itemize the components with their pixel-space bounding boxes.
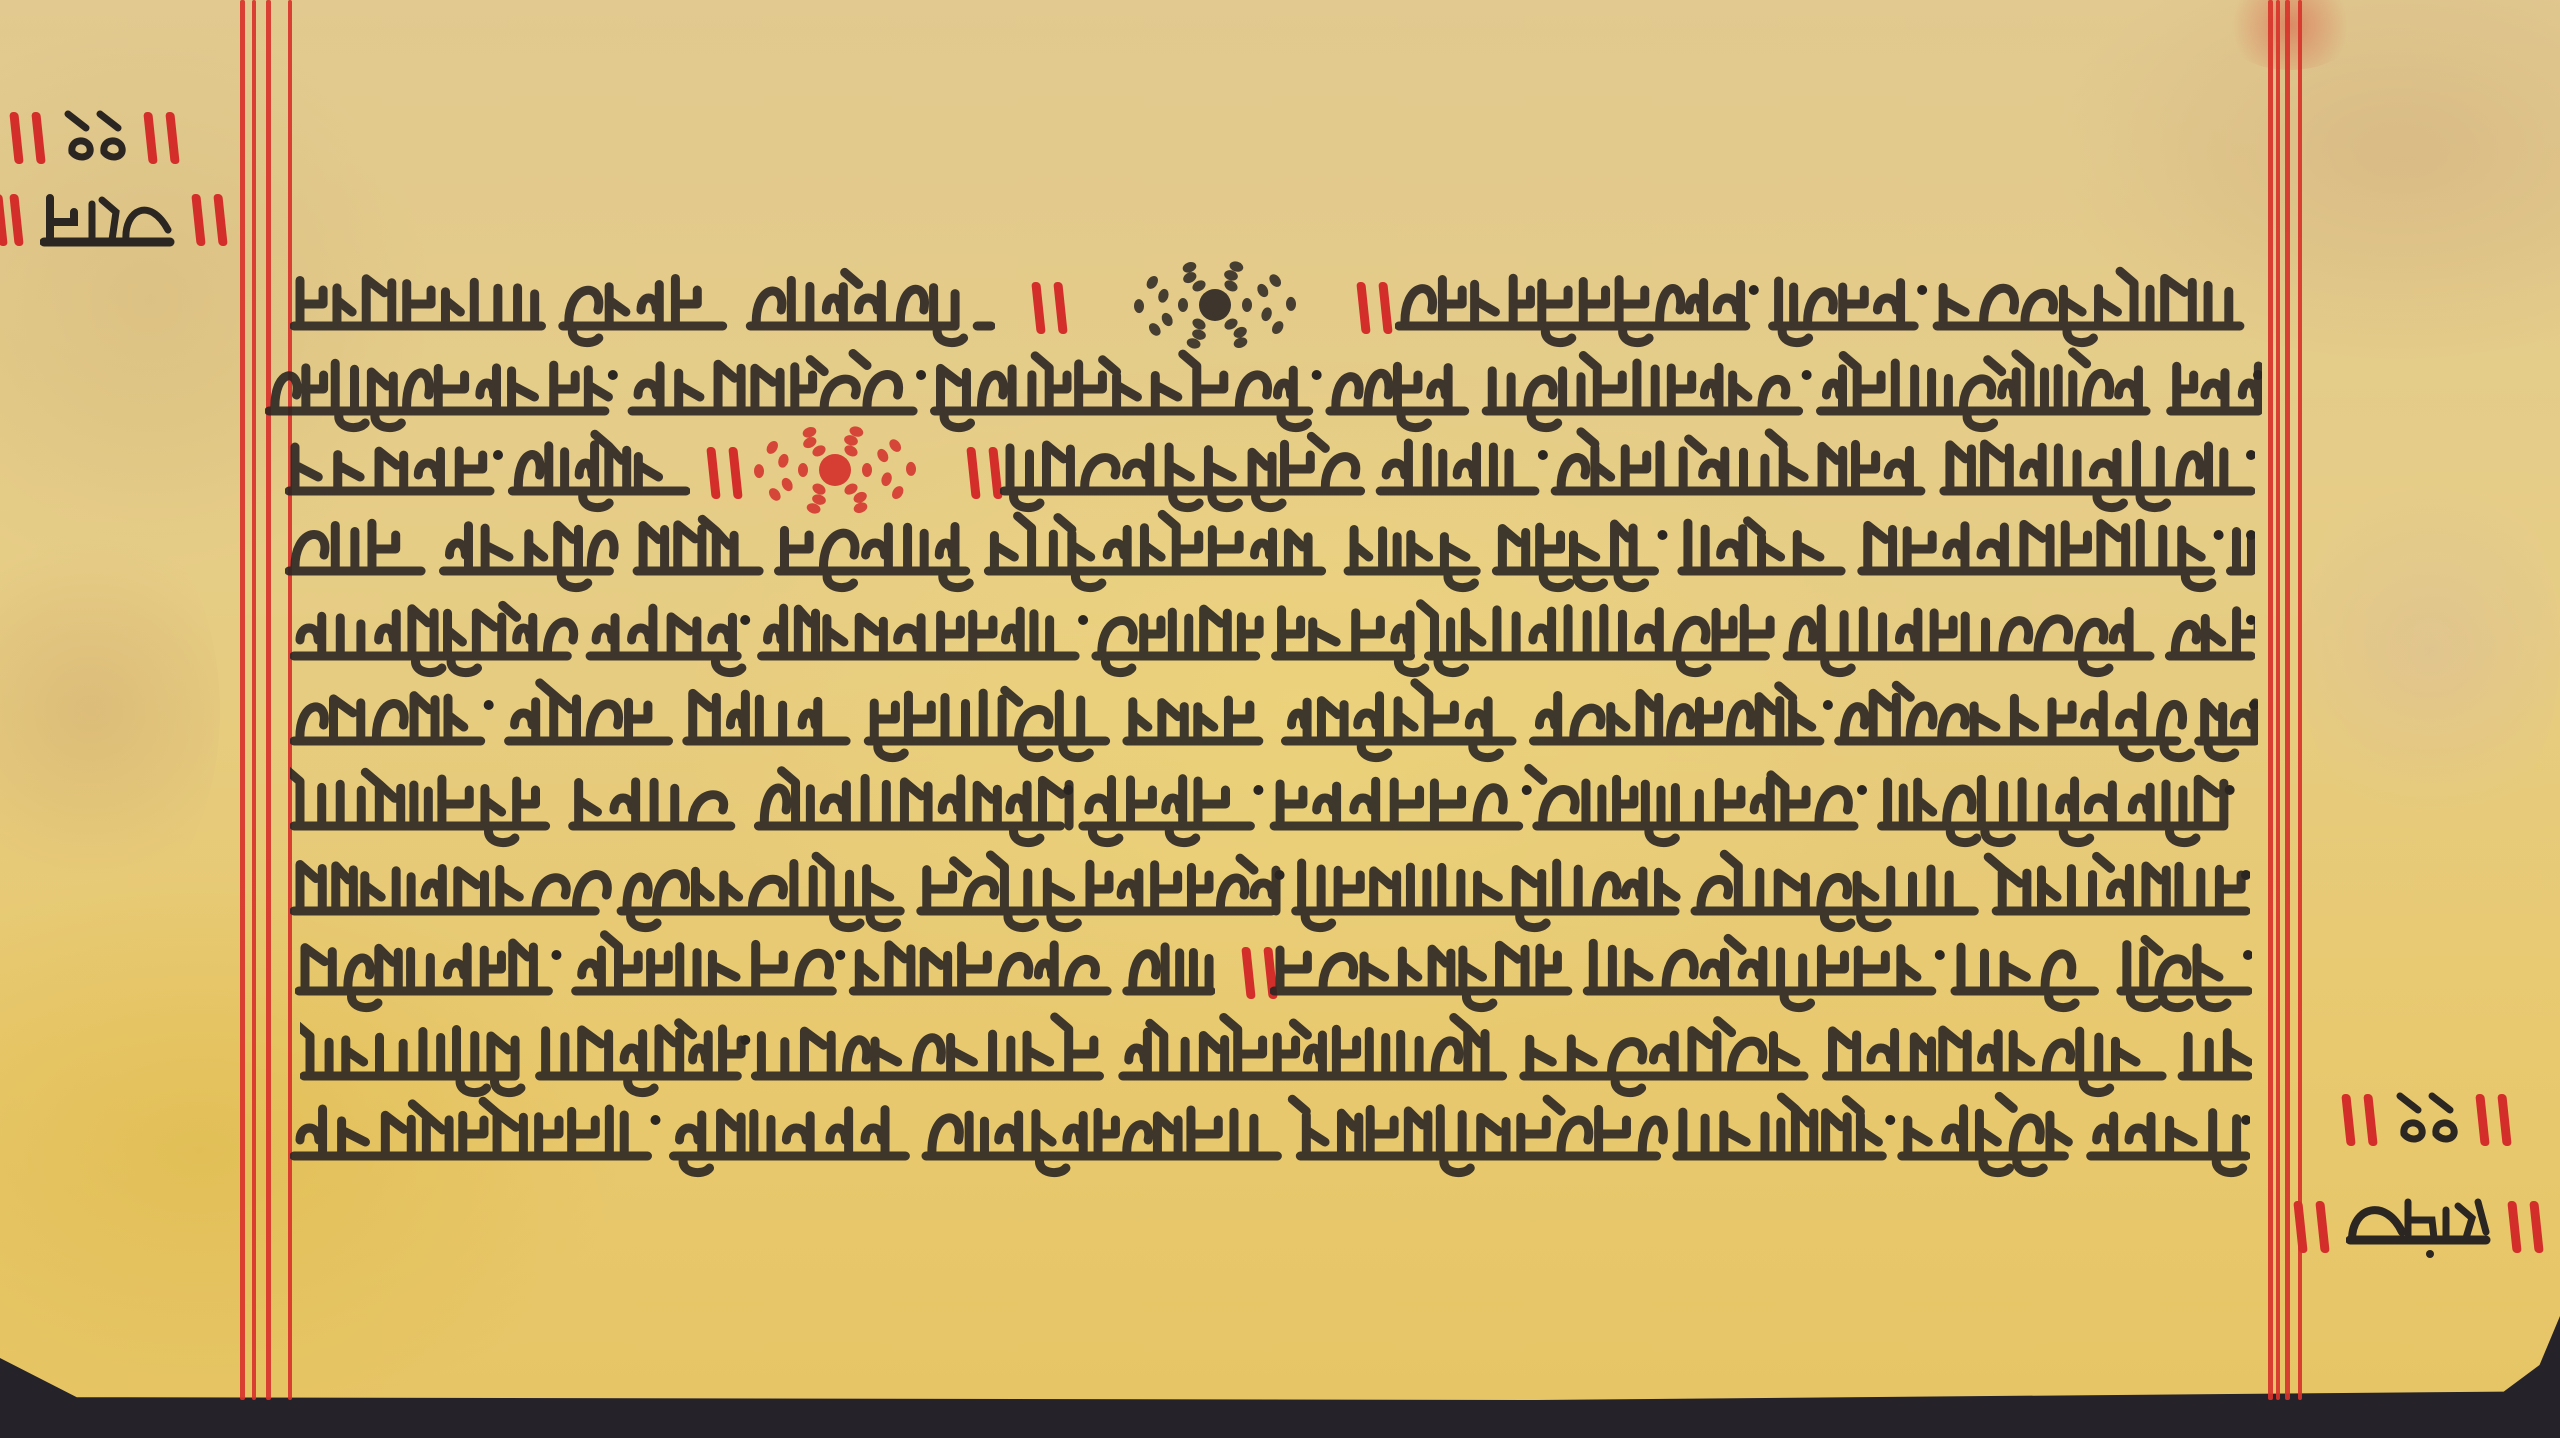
- left-margin-folio-number: २२: [8, 108, 186, 168]
- handwritten-text-run: [290, 760, 2250, 850]
- red-double-danda: [0, 192, 30, 248]
- handwritten-text-run: [285, 505, 2255, 595]
- red-ruling-line: [2298, 0, 2302, 1400]
- red-ruling-line: [240, 0, 245, 1400]
- right-margin-folio-label: श्री॰: [2292, 1192, 2550, 1262]
- red-double-danda: [2340, 1092, 2384, 1148]
- red-double-danda: [1030, 280, 1074, 336]
- handwritten-text-run: [290, 675, 2258, 765]
- rosette-ornament: [1130, 260, 1300, 354]
- numeral-22-glyph: [2394, 1090, 2464, 1150]
- manuscript-line-9: [295, 925, 1215, 1015]
- manuscript-line-1: [290, 260, 995, 350]
- handwritten-text-run: [290, 1090, 2250, 1180]
- manuscript-line-6: [290, 675, 2258, 765]
- red-ruling-line: [2285, 0, 2290, 1400]
- handwritten-text-run: [290, 590, 2255, 680]
- red-double-danda: [2292, 1199, 2336, 1255]
- handwritten-text-run: [1270, 925, 2252, 1015]
- manuscript-line-3: [1000, 425, 2255, 515]
- right-margin-folio-number: २२: [2340, 1090, 2518, 1150]
- handwritten-text-run: [300, 1010, 2252, 1100]
- rosette-ornament-icon: [1130, 260, 1300, 350]
- red-double-danda: [142, 110, 186, 166]
- manuscript-line-11: [290, 1090, 2250, 1180]
- folio-label-glyph: [2346, 1192, 2496, 1262]
- stain-left-mid: [0, 500, 220, 920]
- manuscript-line-9: [1270, 925, 2252, 1015]
- handwritten-text-run: [285, 425, 690, 515]
- manuscript-line-1: [1395, 260, 2265, 350]
- numeral-22-glyph: [62, 108, 132, 168]
- handwritten-text-run: [1395, 260, 2265, 350]
- handwritten-text-run: [1000, 425, 2255, 515]
- manuscript-line-10: [300, 1010, 2252, 1100]
- rosette-ornament-icon: [750, 425, 920, 515]
- left-margin-folio-label: मा॰: [0, 190, 234, 250]
- handwritten-text-run: [265, 345, 2262, 435]
- handwritten-text-run: [290, 260, 995, 350]
- red-ruling-line: [266, 0, 271, 1400]
- red-double-danda: [8, 110, 52, 166]
- manuscript-line-3: [285, 425, 690, 515]
- red-ruling-line: [2268, 0, 2273, 1400]
- manuscript-line-8: [290, 845, 2250, 935]
- red-ruling-line: [252, 0, 256, 1400]
- red-double-danda: [705, 445, 749, 501]
- manuscript-line-2: [265, 345, 2262, 435]
- manuscript-line-5: [290, 590, 2255, 680]
- folio-label-glyph: [40, 190, 180, 250]
- manuscript-line-4: [285, 505, 2255, 595]
- handwritten-text-run: [290, 845, 2250, 935]
- red-double-danda: [190, 192, 234, 248]
- red-double-danda: [2506, 1199, 2550, 1255]
- red-ruling-line: [2276, 0, 2280, 1400]
- handwritten-text-run: [295, 925, 1215, 1015]
- manuscript-line-7: [290, 760, 2250, 850]
- red-double-danda: [1355, 280, 1399, 336]
- stain-right-edge: [2300, 450, 2560, 850]
- red-double-danda: [2474, 1092, 2518, 1148]
- red-stain-top-right: [2220, 0, 2360, 70]
